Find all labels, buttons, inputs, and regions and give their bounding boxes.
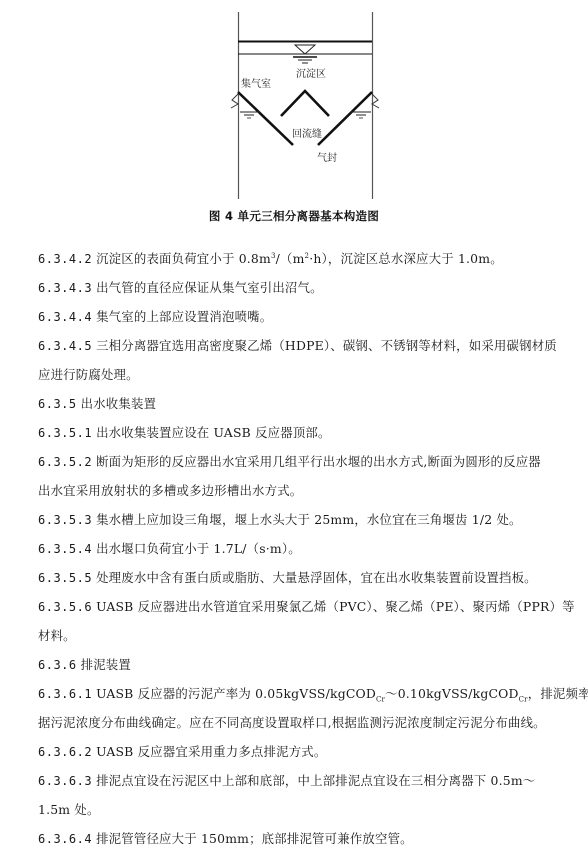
section-heading-6-3-6: 6.3.6排泥装置 <box>38 650 558 679</box>
clause-number: 6.3.5.2 <box>38 455 92 469</box>
clause-number: 6.3.5.4 <box>38 542 92 556</box>
clause-number: 6.3.4.4 <box>38 310 92 324</box>
clause-6-3-6-4: 6.3.6.4排泥管管径应大于 150mm；底部排泥管可兼作放空管。 <box>38 824 558 853</box>
clause-text: UASB 反应器宜采用重力多点排泥方式。 <box>96 744 326 759</box>
clause-text: 断面为矩形的反应器出水宜采用几组平行出水堰的出水方式,断面为圆形的反应器 <box>96 454 541 469</box>
clause-6-3-6-3: 6.3.6.3排泥点宜设在污泥区中上部和底部，中上部排泥点宜设在三相分离器下 0… <box>38 766 558 795</box>
clause-number: 6.3.6.4 <box>38 832 92 846</box>
clause-6-3-4-2: 6.3.4.2沉淀区的表面负荷宜小于 0.8m3/（m2·h），沉淀区总水深应大… <box>38 244 558 273</box>
clause-text: UASB 反应器进出水管道宜采用聚氯乙烯（PVC）、聚乙烯（PE）、聚丙烯（PP… <box>96 599 575 614</box>
clause-number: 6.3.4.2 <box>38 252 92 266</box>
label-gas-seal: 气封 <box>317 153 337 165</box>
figure-caption: 图 4 单元三相分离器基本构造图 <box>0 208 588 224</box>
clause-text: 集水槽上应加设三角堰，堰上水头大于 25mm，水位宜在三角堰齿 1/2 处。 <box>96 512 522 527</box>
clause-text: 出水收集装置应设在 UASB 反应器顶部。 <box>96 425 331 440</box>
clause-6-3-6-3-continuation: 1.5m 处。 <box>38 795 558 824</box>
label-return-slot: 回流缝 <box>292 129 322 141</box>
clause-number: 6.3.6.2 <box>38 745 92 759</box>
clause-number: 6.3.5.1 <box>38 426 92 440</box>
section-number: 6.3.5 <box>38 397 77 411</box>
clause-text: 处理废水中含有蛋白质或脂肪、大量悬浮固体，宜在出水收集装置前设置挡板。 <box>96 570 537 585</box>
clause-6-3-5-5: 6.3.5.5处理废水中含有蛋白质或脂肪、大量悬浮固体，宜在出水收集装置前设置挡… <box>38 563 558 592</box>
separator-diagram <box>0 0 588 200</box>
clause-6-3-6-1: 6.3.6.1UASB 反应器的污泥产率为 0.05kgVSS/kgCODCr～… <box>38 679 558 708</box>
clause-number: 6.3.6.1 <box>38 687 92 701</box>
section-title: 排泥装置 <box>81 657 131 672</box>
clause-6-3-5-6-continuation: 材料。 <box>38 621 558 650</box>
label-settling-zone: 沉淀区 <box>296 69 326 81</box>
clause-text: 排泥点宜设在污泥区中上部和底部，中上部排泥点宜设在三相分离器下 0.5m～ <box>96 773 535 788</box>
clause-number: 6.3.5.5 <box>38 571 92 585</box>
clause-6-3-5-4: 6.3.5.4出水堰口负荷宜小于 1.7L/（s·m）。 <box>38 534 558 563</box>
clause-6-3-5-2: 6.3.5.2断面为矩形的反应器出水宜采用几组平行出水堰的出水方式,断面为圆形的… <box>38 447 558 476</box>
clause-6-3-6-1-continuation: 据污泥浓度分布曲线确定。应在不同高度设置取样口,根据监测污泥浓度制定污泥分布曲线… <box>38 708 558 737</box>
clause-6-3-4-3: 6.3.4.3出气管的直径应保证从集气室引出沼气。 <box>38 273 558 302</box>
clause-text: 出气管的直径应保证从集气室引出沼气。 <box>96 280 323 295</box>
clause-6-3-4-4: 6.3.4.4集气室的上部应设置消泡喷嘴。 <box>38 302 558 331</box>
clause-number: 6.3.6.3 <box>38 774 92 788</box>
clause-6-3-5-2-continuation: 出水宜采用放射状的多槽或多边形槽出水方式。 <box>38 476 558 505</box>
clause-6-3-6-2: 6.3.6.2UASB 反应器宜采用重力多点排泥方式。 <box>38 737 558 766</box>
clause-text: UASB 反应器的污泥产率为 0.05kgVSS/kgCODCr～0.10kgV… <box>96 686 588 701</box>
clause-text: 排泥管管径应大于 150mm；底部排泥管可兼作放空管。 <box>96 831 413 846</box>
clause-number: 6.3.4.5 <box>38 339 92 353</box>
section-number: 6.3.6 <box>38 658 77 672</box>
clause-number: 6.3.5.3 <box>38 513 92 527</box>
clause-text: 集气室的上部应设置消泡喷嘴。 <box>96 309 272 324</box>
clause-number: 6.3.5.6 <box>38 600 92 614</box>
section-heading-6-3-5: 6.3.5出水收集装置 <box>38 389 558 418</box>
clause-6-3-4-5: 6.3.4.5三相分离器宜选用高密度聚乙烯（HDPE）、碳钢、不锈钢等材料，如采… <box>38 331 558 360</box>
clause-number: 6.3.4.3 <box>38 281 92 295</box>
clause-6-3-5-1: 6.3.5.1出水收集装置应设在 UASB 反应器顶部。 <box>38 418 558 447</box>
clause-6-3-4-5-continuation: 应进行防腐处理。 <box>38 360 558 389</box>
three-phase-separator-figure: 沉淀区 集气室 回流缝 气封 <box>0 0 588 200</box>
document-body: 6.3.4.2沉淀区的表面负荷宜小于 0.8m3/（m2·h），沉淀区总水深应大… <box>38 244 558 853</box>
label-gas-chamber: 集气室 <box>241 79 271 91</box>
clause-text: 三相分离器宜选用高密度聚乙烯（HDPE）、碳钢、不锈钢等材料，如采用碳钢材质 <box>96 338 557 353</box>
clause-text: 沉淀区的表面负荷宜小于 0.8m3/（m2·h），沉淀区总水深应大于 1.0m。 <box>96 251 503 266</box>
clause-6-3-5-3: 6.3.5.3集水槽上应加设三角堰，堰上水头大于 25mm，水位宜在三角堰齿 1… <box>38 505 558 534</box>
section-title: 出水收集装置 <box>81 396 157 411</box>
clause-text: 出水堰口负荷宜小于 1.7L/（s·m）。 <box>96 541 301 556</box>
clause-6-3-5-6: 6.3.5.6UASB 反应器进出水管道宜采用聚氯乙烯（PVC）、聚乙烯（PE）… <box>38 592 558 621</box>
